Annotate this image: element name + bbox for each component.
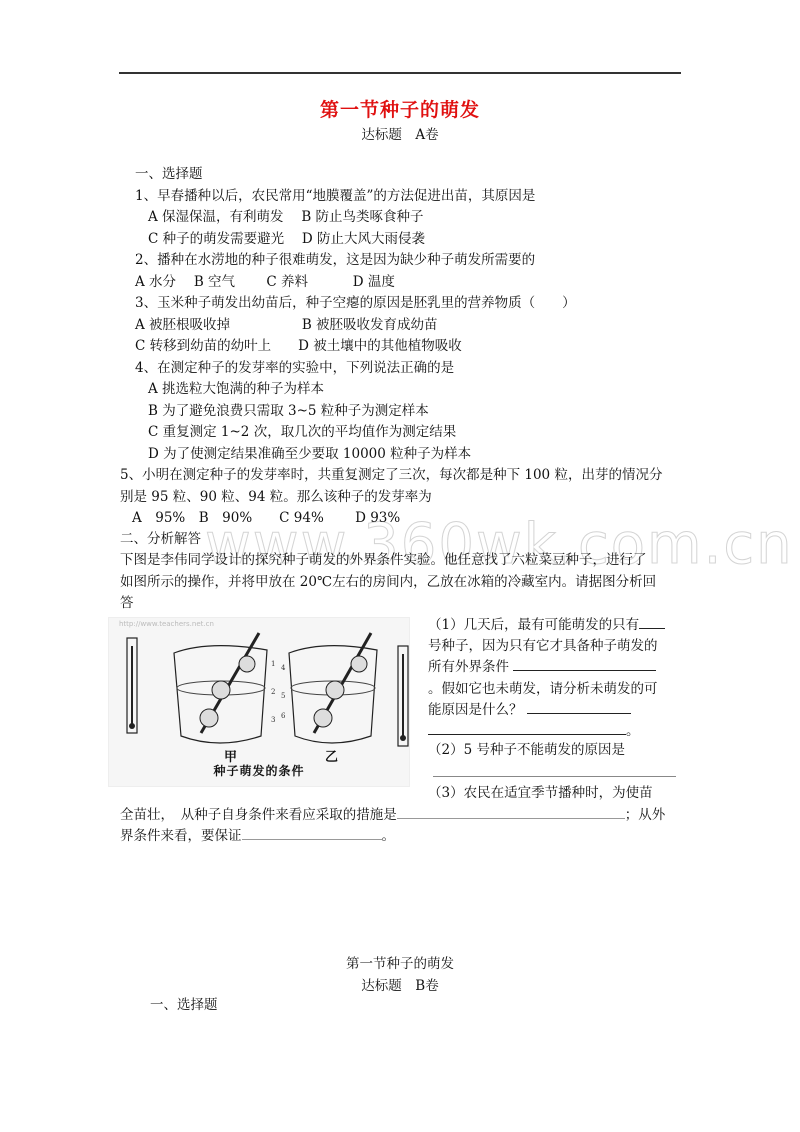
svg-text:3: 3 [271,716,275,724]
question-1-options-2: C 种子的萌发需要避光 D 防止大风大雨侵袭 [148,229,425,249]
question-5-stem-cont: 别是 95 粒、90 粒、94 粒。那么该种子的发芽率为 [120,487,432,507]
question-4-option-c: C 重复测定 1~2 次，取几次的平均值作为测定结果 [148,422,456,442]
experiment-figure: http://www.teachers.net.cn 1 2 3 4 5 6 甲… [108,617,410,787]
subq-3-line-1: （3）农民在适宜季节播种时，为使苗 [428,783,653,803]
question-1-stem: 1、早春播种以后，农民常用“地膜覆盖”的方法促进出苗，其原因是 [135,186,535,206]
answer-blank-reason-2[interactable] [428,722,626,735]
question-3-stem: 3、玉米种子萌发出幼苗后，种子空瘪的原因是胚乳里的营养物质（ ） [135,293,576,313]
answer-blank-seed5-reason[interactable] [433,776,676,777]
question-3-options-1: A 被胚根吸收掉 B 被胚吸收发育成幼苗 [135,315,438,335]
subq-1-text-5: 能原因是什么？ [428,702,523,718]
answer-blank-conditions[interactable] [513,658,656,671]
subq-1-end: 。 [626,723,640,739]
subq-3-text-2a: 全苗壮， 从种子自身条件来看应采取的措施是 [120,807,397,823]
question-4-option-b: B 为了避免浪费只需取 3~5 粒种子为测定样本 [148,401,429,421]
answer-blank-seed-number[interactable] [639,616,665,629]
subq-1-line-6: 。 [428,721,640,741]
section-heading-analysis: 二、分析解答 [120,529,201,549]
intro-line-3: 答 [120,593,134,613]
svg-text:5: 5 [281,692,285,700]
subq-1-line-5: 能原因是什么？ [428,700,631,720]
question-3-options-2: C 转移到幼苗的幼叶上 D 被土壤中的其他植物吸收 [135,336,462,356]
question-5-options: A 95% B 90% C 94% D 93% [132,508,400,528]
subq-3-line-2: 全苗壮， 从种子自身条件来看应采取的措施是；从外 [120,805,665,825]
header-rule [119,72,681,74]
svg-text:2: 2 [271,688,275,696]
part-b-title: 第一节种子的萌发 [0,952,800,972]
svg-text:6: 6 [281,712,286,720]
subq-3-line-3: 界条件来看，要保证。 [120,826,395,846]
intro-line-2: 如图所示的操作，并将甲放在 20℃左右的房间内，乙放在冰箱的冷藏室内。请据图分析… [120,572,656,592]
section-heading-choice: 一、选择题 [135,164,203,184]
page-subtitle: 达标题 A卷 [0,123,800,143]
question-2-options: A 水分 B 空气 C 养料 D 温度 [135,272,395,292]
part-b-section-heading: 一、选择题 [150,995,218,1015]
answer-blank-reason-1[interactable] [527,701,631,714]
subq-1-line-4: 。假如它也未萌发，请分析未萌发的可 [428,679,658,699]
svg-text:1: 1 [271,660,275,668]
question-1-options-1: A 保湿保温，有利萌发 B 防止鸟类啄食种子 [148,207,424,227]
answer-blank-self-measures[interactable] [397,806,625,819]
subq-2-text: （2）5 号种子不能萌发的原因是 [428,740,625,760]
subq-1-text-3: 所有外界条件 [428,659,509,675]
answer-blank-external-conditions[interactable] [242,827,382,840]
question-4-option-d: D 为了使测定结果准确至少要取 10000 粒种子为样本 [148,444,471,464]
subq-3-text-3b: 。 [382,828,396,844]
page-title: 第一节种子的萌发 [0,95,800,122]
question-5-stem: 5、小明在测定种子的发芽率时，共重复测定了三次，每次都是种下 100 粒，出芽的… [120,465,662,485]
subq-3-text-2b: ；从外 [625,807,666,823]
subq-1-line-1: （1）几天后，最有可能萌发的只有 [428,615,665,635]
figure-caption: 种子萌发的条件 [109,762,409,779]
part-b-subtitle: 达标题 B卷 [0,974,800,994]
svg-text:4: 4 [281,664,286,672]
question-4-stem: 4、在测定种子的发芽率的实验中，下列说法正确的是 [135,358,454,378]
intro-line-1: 下图是李伟同学设计的探究种子萌发的外界条件实验。他任意找了六粒菜豆种子，进行了 [120,550,647,570]
subq-1-line-3: 所有外界条件 [428,657,656,677]
subq-1-text-1: （1）几天后，最有可能萌发的只有 [428,617,639,633]
subq-1-line-2: 号种子，因为只有它才具备种子萌发的 [428,636,658,656]
question-4-option-a: A 挑选粒大饱满的种子为样本 [148,379,324,399]
subq-3-text-3a: 界条件来看，要保证 [120,828,242,844]
question-2-stem: 2、播种在水涝地的种子很难萌发，这是因为缺少种子萌发所需要的 [135,250,535,270]
beaker-diagram: 1 2 3 4 5 6 [109,618,409,786]
